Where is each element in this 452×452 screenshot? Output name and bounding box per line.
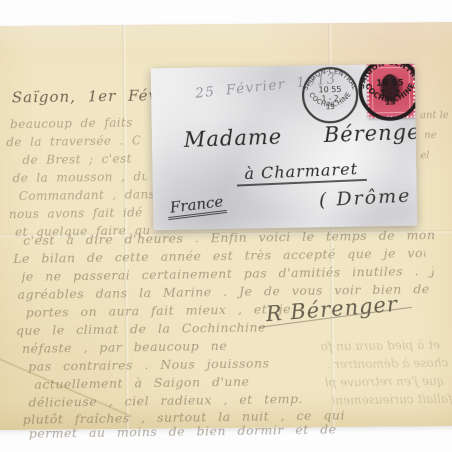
showthrough-line: fallait curieusement bbox=[332, 392, 452, 408]
letter-line: Commandant , dans bbox=[19, 187, 153, 203]
postmark-date: 1 - 2 bbox=[322, 94, 339, 103]
letter-line: nous avons fait idéale bbox=[9, 205, 143, 221]
cancellation-circle-icon: SAIGON-CENTRAL COCHINCHINE 10 55 1 - 2 1… bbox=[356, 64, 417, 123]
postmark-circle-icon: SAIGON-CENTRAL COCHINCHINE 10 55 1 - 2 1… bbox=[300, 65, 361, 126]
letter-line: Le bilan de cette année est très accepté… bbox=[13, 245, 425, 266]
showthrough-line: chose à démontrer . C'est bbox=[328, 356, 448, 372]
letter-line: beaucoup de faits bbox=[10, 115, 144, 131]
address-recipient: Madame Bérenger bbox=[183, 119, 417, 152]
showthrough-line: et à pied aura un fond bbox=[320, 338, 440, 354]
letter-line: je ne passerai certainement pas d'amitié… bbox=[21, 263, 433, 284]
letter-line: de Brest ; c'est bbox=[22, 151, 156, 167]
envelope: 25 Février 1913 SAIGON-CENTRAL COCHINCHI… bbox=[151, 64, 418, 231]
postmark-time: 10 55 bbox=[318, 85, 341, 94]
photo-of-letter-and-envelope: Saïgon, 1er Février 1913 beaucoup de fai… bbox=[0, 0, 452, 452]
letter-margin-line: ant le bbox=[420, 110, 450, 121]
letter-margin-line: ne bbox=[424, 130, 452, 141]
showthrough-line: que j'en retrouve plus bbox=[324, 374, 444, 390]
letter-line: de la mousson , du bbox=[12, 169, 146, 185]
postmark-stamp: SAIGON-CENTRAL COCHINCHINE 10 55 1 - 2 1… bbox=[300, 65, 361, 126]
postmark-year: 13 bbox=[326, 103, 335, 111]
letter-margin-line: el bbox=[420, 150, 450, 161]
postmark-date: 1 - 2 bbox=[380, 88, 401, 98]
address-town: à Charmaret bbox=[236, 159, 366, 187]
letter-line: que le climat de la Cochinchine bbox=[16, 317, 428, 338]
country-label: France bbox=[166, 192, 228, 220]
department-label: ( Drôme ) bbox=[318, 184, 417, 212]
letter-line: de la traversée . C'est l'époque bbox=[6, 133, 140, 149]
postmark-year: 13 bbox=[385, 97, 396, 106]
postmark-on-stamp: SAIGON-CENTRAL COCHINCHINE 10 55 1 - 2 1… bbox=[356, 64, 417, 123]
